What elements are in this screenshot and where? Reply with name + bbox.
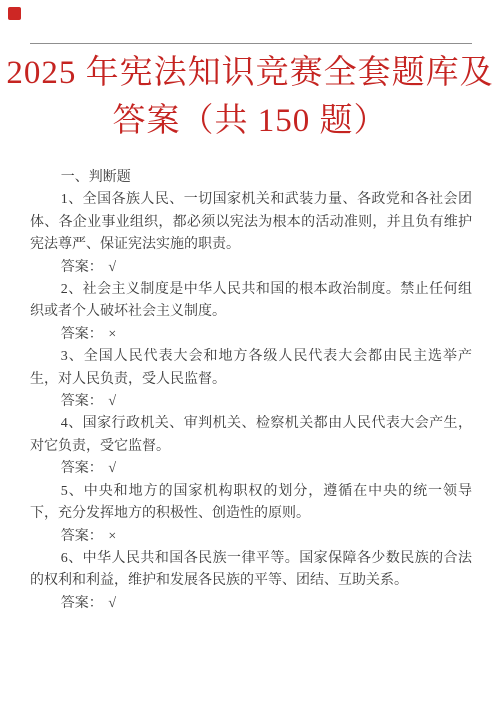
answer-line: 答案：× — [30, 526, 472, 548]
question-text: 5、中央和地方的国家机构职权的划分，遵循在中央的统一领导下，充分发挥地方的积极性… — [30, 481, 472, 526]
answer-label: 答案： — [61, 461, 103, 476]
red-corner-mark — [8, 7, 21, 20]
answer-value: √ — [108, 596, 116, 611]
header-divider-line — [30, 43, 472, 44]
answer-line: 答案：√ — [30, 391, 472, 413]
answer-line: 答案：√ — [30, 458, 472, 480]
document-body: 一、判断题 1、全国各族人民、一切国家机关和武装力量、各政党和各社会团体、各企业… — [30, 167, 472, 615]
answer-value: × — [108, 529, 116, 544]
answer-line: 答案：× — [30, 324, 472, 346]
answer-value: √ — [108, 461, 116, 476]
question-text: 4、国家行政机关、审判机关、检察机关都由人民代表大会产生，对它负责，受它监督。 — [30, 413, 472, 458]
question-text: 1、全国各族人民、一切国家机关和武装力量、各政党和各社会团体、各企业事业组织，都… — [30, 189, 472, 256]
answer-line: 答案：√ — [30, 257, 472, 279]
question-text: 6、中华人民共和国各民族一律平等。国家保障各少数民族的合法的权利和利益，维护和发… — [30, 548, 472, 593]
answer-value: × — [108, 327, 116, 342]
question-text: 2、社会主义制度是中华人民共和国的根本政治制度。禁止任何组织或者个人破坏社会主义… — [30, 279, 472, 324]
answer-label: 答案： — [61, 260, 103, 275]
answer-value: √ — [108, 260, 116, 275]
question-list: 1、全国各族人民、一切国家机关和武装力量、各政党和各社会团体、各企业事业组织，都… — [30, 189, 472, 615]
question-text: 3、全国人民代表大会和地方各级人民代表大会都由民主选举产生，对人民负责，受人民监… — [30, 346, 472, 391]
answer-label: 答案： — [61, 596, 103, 611]
page-title-line-2: 答案（共 150 题） — [0, 97, 500, 145]
answer-label: 答案： — [61, 529, 103, 544]
answer-label: 答案： — [61, 327, 103, 342]
answer-value: √ — [108, 394, 116, 409]
page-title: 2025 年宪法知识竞赛全套题库及 答案（共 150 题） — [0, 49, 500, 145]
page-title-line-1: 2025 年宪法知识竞赛全套题库及 — [0, 49, 500, 97]
answer-line: 答案：√ — [30, 593, 472, 615]
section-heading: 一、判断题 — [30, 167, 472, 189]
answer-label: 答案： — [61, 394, 103, 409]
document-page: { "page": { "background": "#ffffff", "co… — [0, 0, 500, 707]
